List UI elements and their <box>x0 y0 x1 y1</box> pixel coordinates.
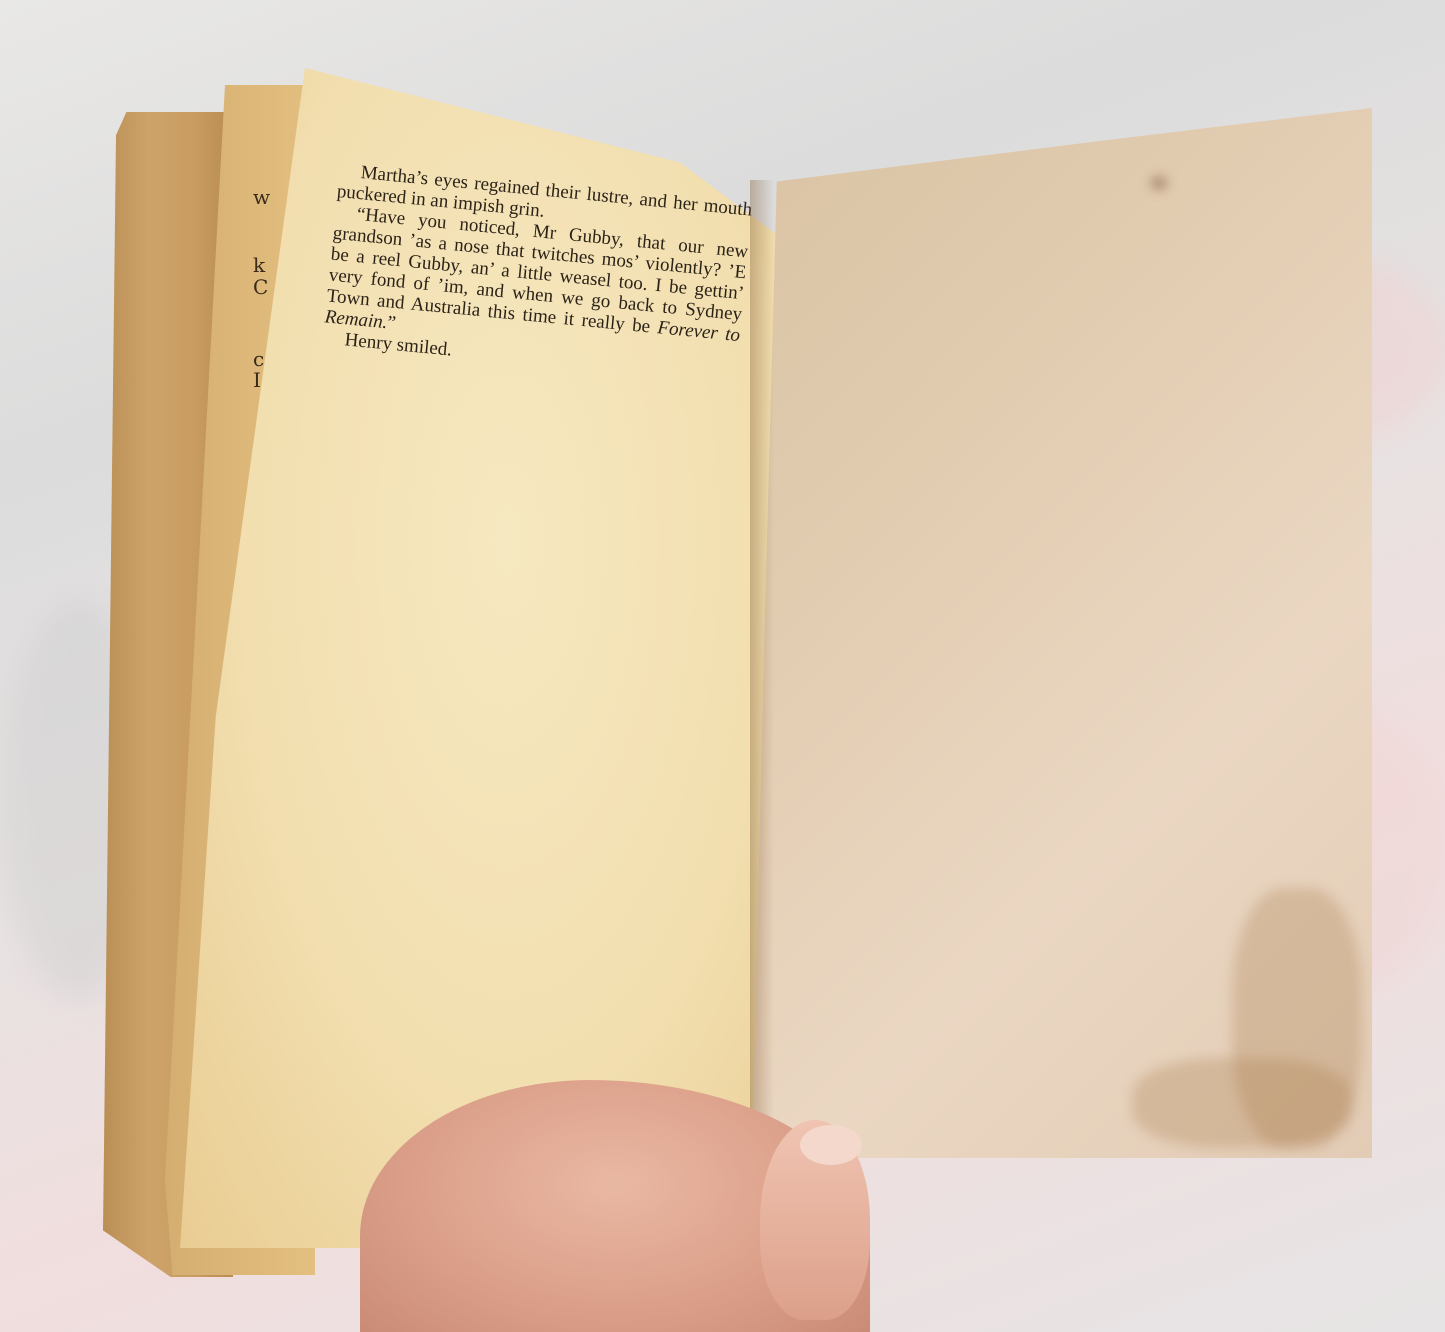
peek-letter: C <box>253 275 268 299</box>
foxing-spot <box>1152 178 1166 188</box>
spine-gutter <box>750 180 774 1160</box>
peek-letter: k <box>253 253 265 277</box>
right-page-blank <box>752 108 1372 1158</box>
peek-letter: I <box>253 368 261 392</box>
closing-quote: ” <box>386 312 396 334</box>
page-text: Martha’s eyes regained their lustre, and… <box>322 160 753 388</box>
thumbnail <box>800 1125 862 1165</box>
water-stain <box>1132 1058 1352 1148</box>
peek-letter: w <box>253 185 270 209</box>
